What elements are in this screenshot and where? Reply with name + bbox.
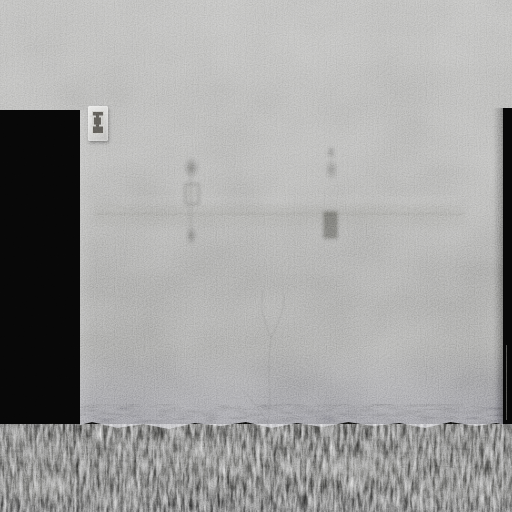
ghost-mark-right-dot xyxy=(328,148,334,157)
right-corner-shadow xyxy=(493,108,503,428)
horizontal-stain-band xyxy=(95,204,465,226)
ghost-mark-left-middle xyxy=(184,183,200,205)
sign-inner-panel: II xyxy=(92,111,104,134)
sign-marks: II xyxy=(89,110,107,134)
photograph: II xyxy=(0,0,512,512)
wall-sign-plate: II xyxy=(88,106,108,141)
grassy-ground xyxy=(0,420,512,512)
light-stain-band xyxy=(120,196,460,206)
right-doorway-opening xyxy=(503,108,512,430)
left-doorway-opening xyxy=(0,110,80,432)
doorway-edge-highlight xyxy=(80,110,93,432)
horizontal-stain-line xyxy=(95,213,465,215)
ghost-mark-right-bottom xyxy=(323,211,338,239)
right-doorframe-line xyxy=(506,345,507,420)
ghost-mark-streak xyxy=(189,158,192,244)
ghost-mark-right-top xyxy=(325,159,338,180)
